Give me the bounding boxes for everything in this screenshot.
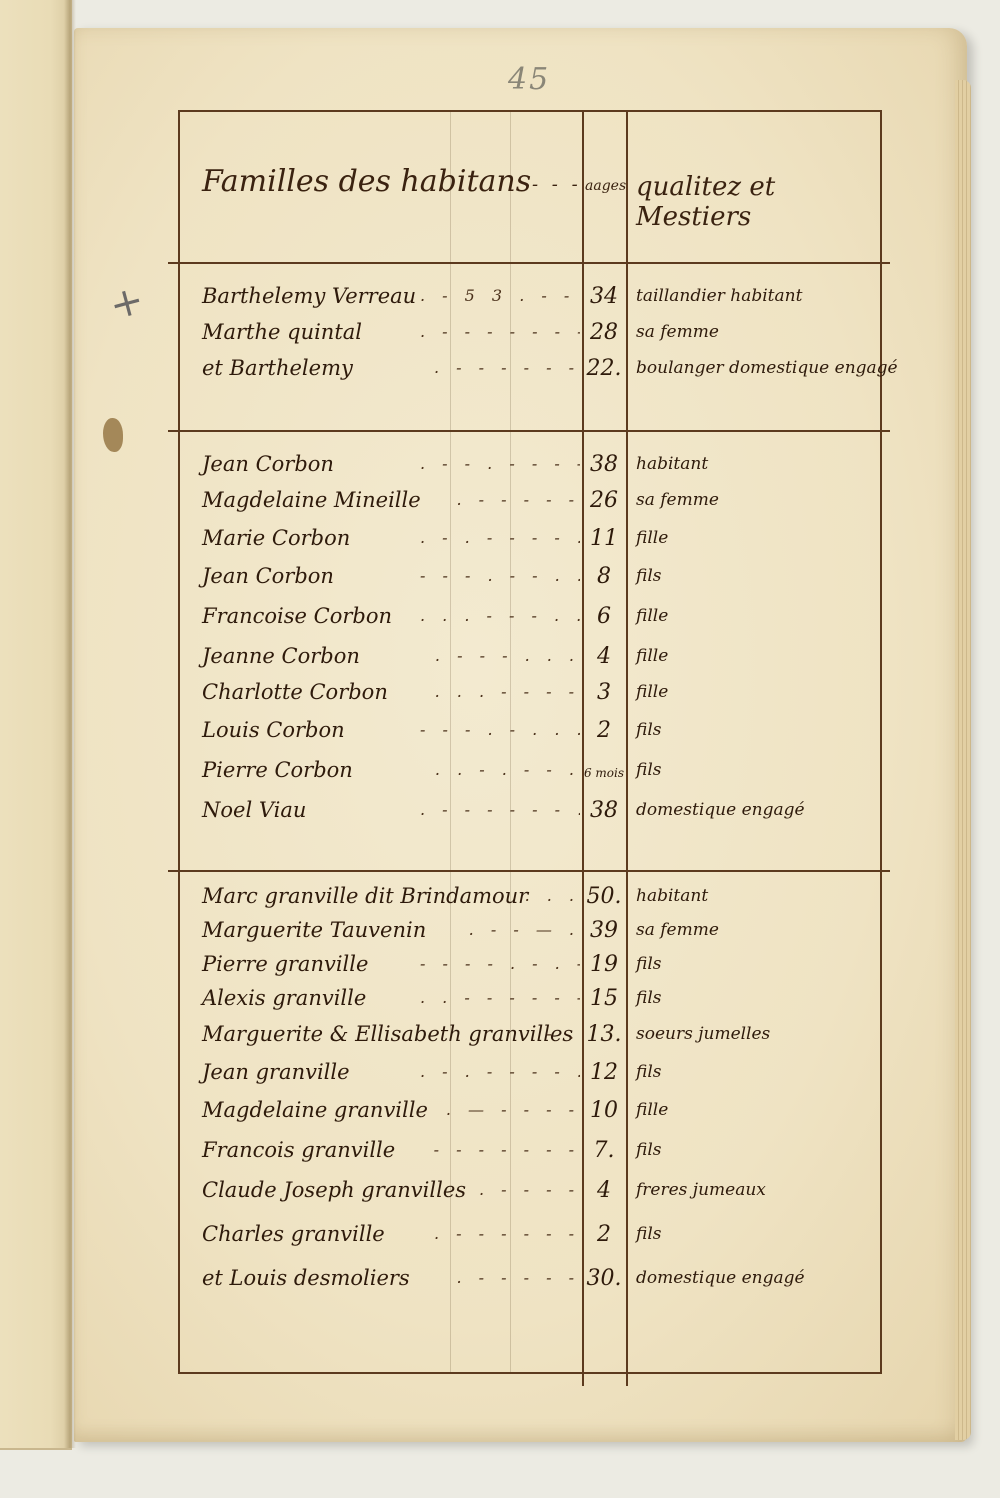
person-quality: fille xyxy=(636,646,668,666)
table-row: Jean granville . - . - - - - . 12 fils xyxy=(180,1058,880,1091)
person-age: 34 xyxy=(582,284,626,309)
person-quality: soeurs jumelles xyxy=(636,1024,770,1044)
person-quality: fils xyxy=(636,720,662,740)
leader-dots: . . . xyxy=(420,886,580,905)
person-name: Pierre granville xyxy=(202,952,368,976)
leader-dots: . - 5 3 . - - - xyxy=(420,286,580,305)
person-quality: boulanger domestique engagé xyxy=(636,358,898,378)
person-quality: fille xyxy=(636,682,668,702)
leader-dots: . - - - - - xyxy=(420,490,580,509)
person-name: Alexis granville xyxy=(202,986,366,1010)
header-ages: aages xyxy=(585,178,626,194)
ink-stain xyxy=(103,418,123,452)
table-row: Barthelemy Verreau . - 5 3 . - - - 34 ta… xyxy=(180,282,880,315)
table-row: Louis Corbon - - - . - . . . 2 fils xyxy=(180,716,880,749)
table-row: Claude Joseph granvilles . - - - - 4 fre… xyxy=(180,1176,880,1209)
person-age: 12 xyxy=(582,1060,626,1085)
person-name: Magdelaine granville xyxy=(202,1098,428,1122)
leader-dots: . - - - . . . xyxy=(420,646,580,665)
person-age: 6 mois xyxy=(582,766,626,780)
person-age: 50. xyxy=(582,884,626,909)
census-table: Familles des habitans - - - aages qualit… xyxy=(178,110,882,1374)
person-name: Francoise Corbon xyxy=(202,604,392,628)
person-quality: domestique engagé xyxy=(636,1268,805,1288)
header-leader-dots: - - - xyxy=(532,174,582,195)
person-quality: fils xyxy=(636,988,662,1008)
leader-dots: . - - - - - - - xyxy=(420,322,580,341)
person-age: 8 xyxy=(582,564,626,589)
table-row: Jeanne Corbon . - - - . . . 4 fille xyxy=(180,642,880,675)
page-number: 45 xyxy=(508,62,550,97)
table-row: Francoise Corbon . . . - - - . . 6 fille xyxy=(180,602,880,635)
header-names: Familles des habitans xyxy=(202,164,531,199)
leader-dots: - - - - - - - xyxy=(420,1140,580,1159)
person-age: 15 xyxy=(582,986,626,1011)
leader-dots: - - - . - - . . xyxy=(420,566,580,585)
leader-dots: . - - - - - - . xyxy=(420,800,580,819)
person-name: et Barthelemy xyxy=(202,356,353,380)
table-row: Jean Corbon - - - . - - . . 8 fils xyxy=(180,562,880,595)
person-age: 4 xyxy=(582,644,626,669)
table-row: Pierre Corbon . . - . - - . 6 mois fils xyxy=(180,756,880,789)
person-name: Barthelemy Verreau xyxy=(202,284,416,308)
person-age: 2 xyxy=(582,718,626,743)
person-quality: fils xyxy=(636,566,662,586)
person-quality: domestique engagé xyxy=(636,800,805,820)
leader-dots: - - - . - . . . xyxy=(420,720,580,739)
stacked-page-edges xyxy=(955,80,971,1440)
person-quality: habitant xyxy=(636,454,708,474)
person-age: 2 xyxy=(582,1222,626,1247)
leader-dots: . . . - - - - xyxy=(420,682,580,701)
leader-dots: . - - - - - xyxy=(420,1268,580,1287)
person-quality: habitant xyxy=(636,886,708,906)
person-age: 38 xyxy=(582,452,626,477)
person-name: Francois granville xyxy=(202,1138,395,1162)
person-age: 22. xyxy=(582,356,626,381)
person-name: Jean Corbon xyxy=(202,452,334,476)
leader-dots: - - - - . - . - - xyxy=(420,954,580,973)
table-row: Magdelaine granville . — - - - - 10 fill… xyxy=(180,1096,880,1129)
family-divider xyxy=(168,870,890,872)
table-row: Marguerite & Ellisabeth granvilles - . 1… xyxy=(180,1020,880,1053)
person-quality: fille xyxy=(636,606,668,626)
table-row: Jean Corbon . - - . - - - - - 38 habitan… xyxy=(180,450,880,483)
person-age: 38 xyxy=(582,798,626,823)
person-name: Louis Corbon xyxy=(202,718,345,742)
person-age: 30. xyxy=(582,1266,626,1291)
person-age: 3 xyxy=(582,680,626,705)
person-quality: fils xyxy=(636,1224,662,1244)
person-name: Charles granville xyxy=(202,1222,385,1246)
person-age: 10 xyxy=(582,1098,626,1123)
person-quality: fille xyxy=(636,1100,668,1120)
table-row: Marthe quintal . - - - - - - - 28 sa fem… xyxy=(180,318,880,351)
leader-dots: . - - . - - - - - xyxy=(420,454,580,473)
leader-dots: . - . - - - - . xyxy=(420,528,580,547)
person-quality: fils xyxy=(636,954,662,974)
person-quality: taillandier habitant xyxy=(636,286,802,306)
person-quality: sa femme xyxy=(636,490,719,510)
book-gutter xyxy=(64,0,76,1448)
table-row: Francois granville - - - - - - - 7. fils xyxy=(180,1136,880,1169)
person-quality: fils xyxy=(636,760,662,780)
person-age: 7. xyxy=(582,1138,626,1163)
person-name: Jean Corbon xyxy=(202,564,334,588)
person-quality: fils xyxy=(636,1140,662,1160)
person-age: 13. xyxy=(582,1022,626,1047)
table-row: Charlotte Corbon . . . - - - - 3 fille xyxy=(180,678,880,711)
leader-dots: . . - - - - - - xyxy=(420,988,580,1007)
person-name: Noel Viau xyxy=(202,798,306,822)
family-divider xyxy=(168,430,890,432)
header-quality: qualitez et Mestiers xyxy=(636,172,880,232)
previous-page-edge xyxy=(0,0,72,1450)
person-name: Pierre Corbon xyxy=(202,758,353,782)
leader-dots: . - - - - xyxy=(420,1180,580,1199)
person-age: 11 xyxy=(582,526,626,551)
header-divider xyxy=(168,262,890,264)
table-row: et Barthelemy . - - - - - - 22. boulange… xyxy=(180,354,880,387)
leader-dots: - . xyxy=(420,1024,580,1043)
person-name: Jeanne Corbon xyxy=(202,644,360,668)
person-quality: fille xyxy=(636,528,668,548)
person-age: 19 xyxy=(582,952,626,977)
person-age: 26 xyxy=(582,488,626,513)
person-quality: sa femme xyxy=(636,920,719,940)
table-row: Marie Corbon . - . - - - - . 11 fille xyxy=(180,524,880,557)
person-age: 28 xyxy=(582,320,626,345)
person-quality: fils xyxy=(636,1062,662,1082)
person-name: et Louis desmoliers xyxy=(202,1266,410,1290)
person-name: Marie Corbon xyxy=(202,526,350,550)
table-row: Marc granville dit Brindamour . . . 50. … xyxy=(180,882,880,915)
table-row: et Louis desmoliers . - - - - - 30. dome… xyxy=(180,1264,880,1297)
table-row: Magdelaine Mineille . - - - - - 26 sa fe… xyxy=(180,486,880,519)
person-name: Marthe quintal xyxy=(202,320,362,344)
table-row: Pierre granville - - - - . - . - - 19 fi… xyxy=(180,950,880,983)
table-row: Marguerite Tauvenin . - - — . 39 sa femm… xyxy=(180,916,880,949)
leader-dots: . - - - - - - xyxy=(420,358,580,377)
person-quality: freres jumeaux xyxy=(636,1180,766,1200)
person-age: 39 xyxy=(582,918,626,943)
person-age: 4 xyxy=(582,1178,626,1203)
person-name: Jean granville xyxy=(202,1060,350,1084)
person-name: Magdelaine Mineille xyxy=(202,488,421,512)
leader-dots: . . . - - - . . xyxy=(420,606,580,625)
person-age: 6 xyxy=(582,604,626,629)
table-row: Noel Viau . - - - - - - . 38 domestique … xyxy=(180,796,880,829)
leader-dots: . - - - - - - xyxy=(420,1224,580,1243)
leader-dots: . - . - - - - . xyxy=(420,1062,580,1081)
leader-dots: . — - - - - xyxy=(420,1100,580,1119)
leader-dots: . . - . - - . xyxy=(420,760,580,779)
table-row: Charles granville . - - - - - - 2 fils xyxy=(180,1220,880,1253)
leader-dots: . - - — . xyxy=(420,920,580,939)
person-name: Charlotte Corbon xyxy=(202,680,388,704)
person-quality: sa femme xyxy=(636,322,719,342)
person-name: Marguerite Tauvenin xyxy=(202,918,426,942)
table-row: Alexis granville . . - - - - - - 15 fils xyxy=(180,984,880,1017)
